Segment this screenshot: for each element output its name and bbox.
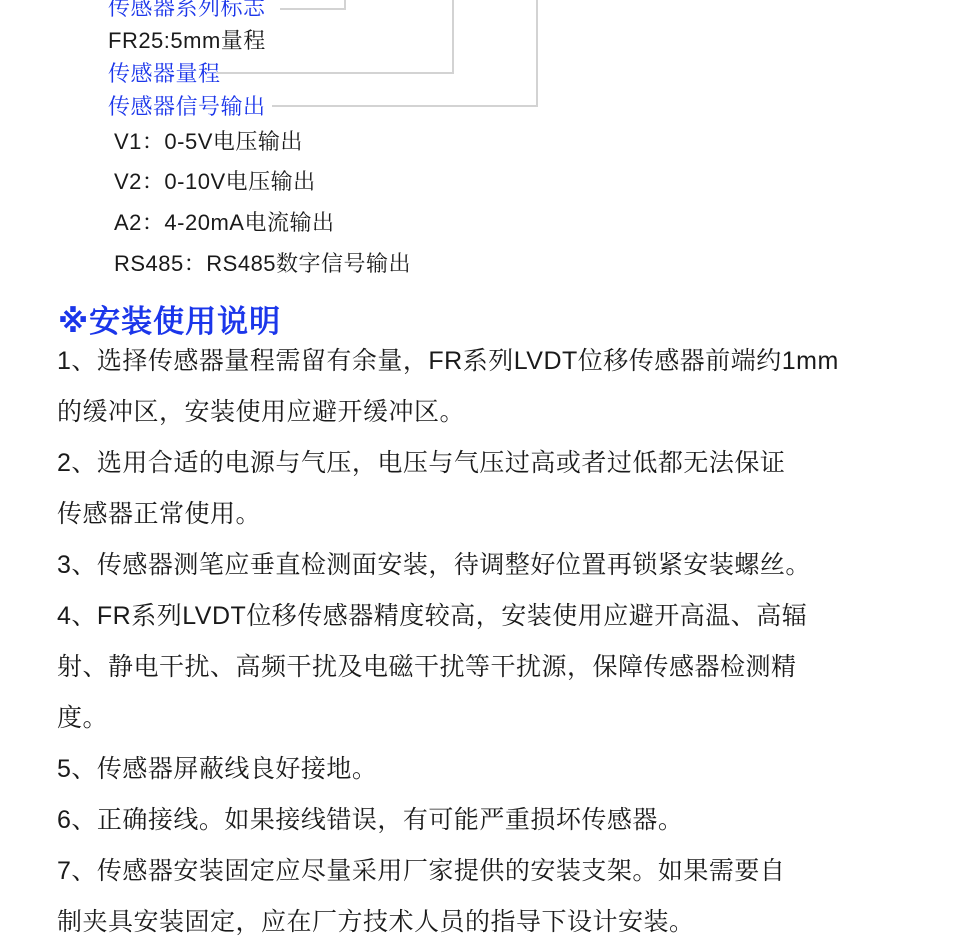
install-instructions-heading: ※安装使用说明 <box>58 296 281 341</box>
instruction-line: 的缓冲区，安装使用应避开缓冲区。 <box>57 387 937 438</box>
instruction-line: 3、传感器测笔应垂直检测面安装，待调整好位置再锁紧安装螺丝。 <box>57 540 937 591</box>
instruction-line: 射、静电干扰、高频干扰及电磁干扰等干扰源，保障传感器检测精 <box>57 642 937 693</box>
product-doc-page: 传感器系列标志 FR25:5mm量程 传感器量程 传感器信号输出 V1：0-5V… <box>0 0 960 944</box>
signal-option-v2: V2：0-10V电压输出 <box>114 170 316 194</box>
legend-label-range-code: FR25:5mm量程 <box>108 29 266 52</box>
leader-line-signal-horizontal <box>272 105 538 107</box>
legend-label-range: 传感器量程 <box>108 62 221 85</box>
leader-line-range-vertical <box>452 0 454 74</box>
install-instructions-body: 1、选择传感器量程需留有余量，FR系列LVDT位移传感器前端约1mm 的缓冲区，… <box>57 336 937 944</box>
instruction-line: 制夹具安装固定，应在厂方技术人员的指导下设计安装。 <box>57 897 937 944</box>
legend-label-series: 传感器系列标志 <box>108 0 266 19</box>
signal-option-rs485: RS485：RS485数字信号输出 <box>114 252 411 276</box>
signal-option-v1: V1：0-5V电压输出 <box>114 130 303 154</box>
instruction-line: 6、正确接线。如果接线错误，有可能严重损坏传感器。 <box>57 795 937 846</box>
signal-option-a2: A2：4-20mA电流输出 <box>114 211 334 235</box>
instruction-line: 度。 <box>57 693 937 744</box>
instruction-line: 2、选用合适的电源与气压，电压与气压过高或者过低都无法保证 <box>57 438 937 489</box>
leader-line-range-horizontal <box>216 72 454 74</box>
instruction-line: 7、传感器安装固定应尽量采用厂家提供的安装支架。如果需要自 <box>57 846 937 897</box>
leader-line-signal-vertical <box>536 0 538 107</box>
legend-label-signal-output: 传感器信号输出 <box>108 95 266 118</box>
instruction-line: 1、选择传感器量程需留有余量，FR系列LVDT位移传感器前端约1mm <box>57 336 937 387</box>
leader-line-series-vertical <box>344 0 346 10</box>
instruction-line: 传感器正常使用。 <box>57 489 937 540</box>
instruction-line: 5、传感器屏蔽线良好接地。 <box>57 744 937 795</box>
instruction-line: 4、FR系列LVDT位移传感器精度较高，安装使用应避开高温、高辐 <box>57 591 937 642</box>
leader-line-series-horizontal <box>280 8 346 10</box>
